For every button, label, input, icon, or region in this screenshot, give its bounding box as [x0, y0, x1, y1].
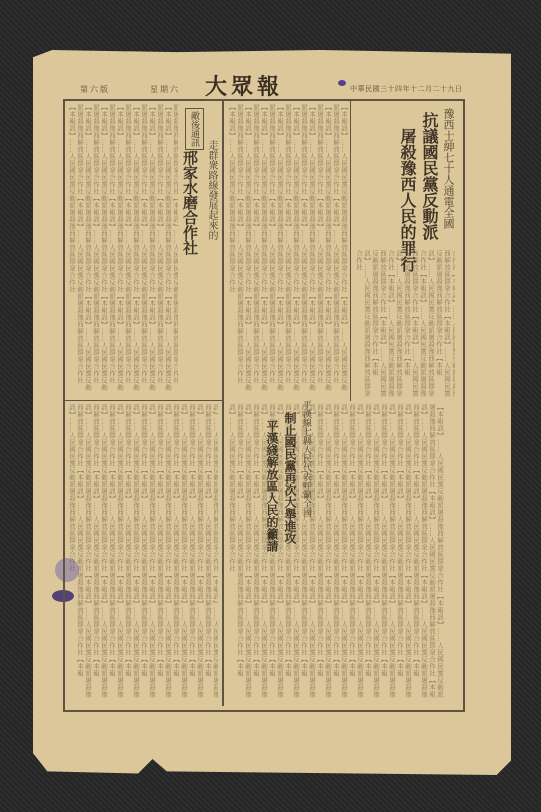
article-kicker: 豫西士紳七十人通電全國	[440, 108, 456, 229]
article-kicker: 平漢線七縣人民代表呼籲全國	[300, 400, 313, 517]
column-rule	[222, 101, 224, 706]
column-rule	[65, 400, 222, 401]
article-headline: 制止國民黨再次大舉進攻	[282, 412, 299, 544]
page-number: 第六版	[80, 84, 110, 95]
text-block: 【本報訊】……人民國民黨反動派屠殺豫西解放區群衆合作社【本報訊】……人民國民黨反…	[68, 104, 178, 394]
ink-stain	[338, 80, 346, 86]
article-subhead: 屠殺豫西人民的罪行	[396, 128, 419, 272]
article-headline: 邢家水磨合作社	[180, 150, 201, 255]
article-subhead: 平漢綫解放區人民的籲請	[264, 420, 281, 552]
text-block: 【本報訊】……人民國民黨反動派屠殺豫西解放區群衆合作社【本報訊】……人民國民黨反…	[228, 404, 458, 704]
weekday: 星期六	[150, 84, 180, 95]
text-block: 【本報訊】……人民國民黨反動派屠殺豫西解放區群衆合作社【本報訊】……人民國民黨反…	[355, 250, 455, 400]
column-rule	[350, 101, 351, 401]
section-label: 敵後通訊	[185, 108, 204, 150]
newspaper-title: 大眾報	[205, 70, 283, 101]
article-kicker: 走群衆路線發展起來的	[204, 140, 219, 240]
date-line: 中華民國三十四年十二月二十九日	[350, 84, 463, 94]
text-block: 【本報訊】……人民國民黨反動派屠殺豫西解放區群衆合作社【本報訊】……人民國民黨反…	[68, 404, 218, 704]
article-headline: 抗議國民黨反動派	[418, 112, 441, 240]
text-block: 【本報訊】……人民國民黨反動派屠殺豫西解放區群衆合作社【本報訊】……人民國民黨反…	[228, 104, 348, 394]
